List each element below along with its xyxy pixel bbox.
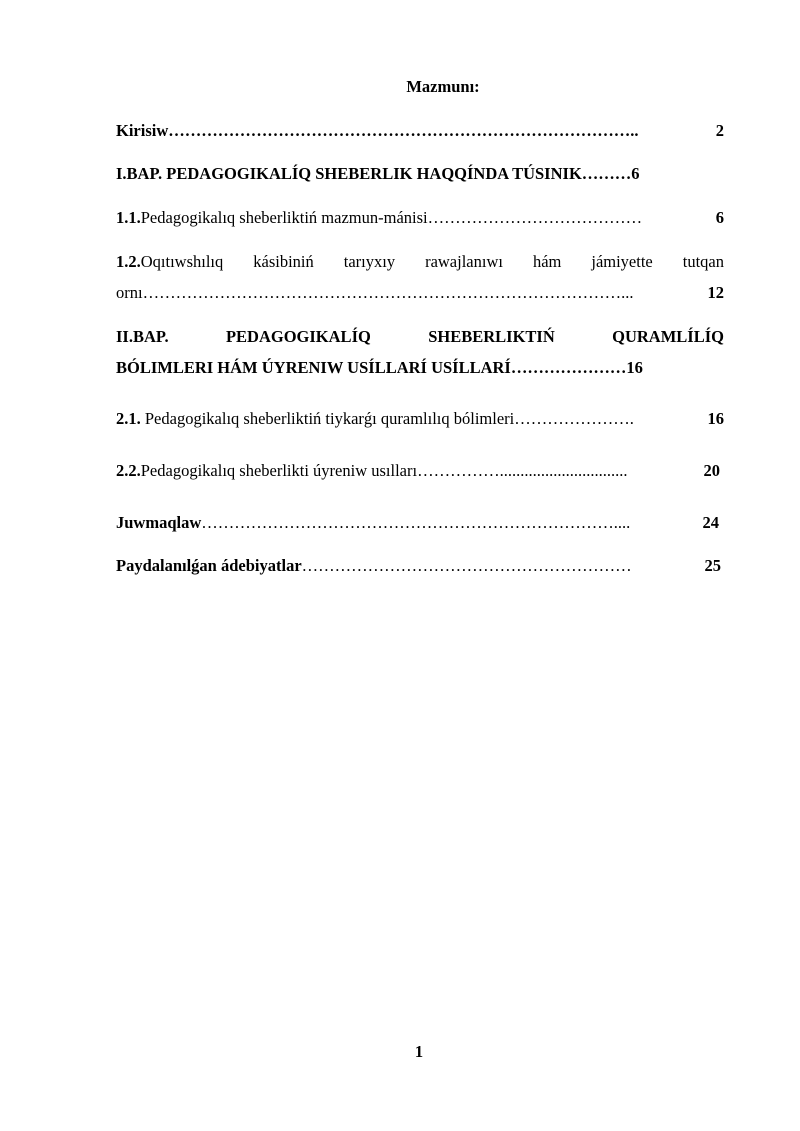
toc-leader-dots: ………………… — [511, 358, 627, 377]
toc-page-number: 16 — [708, 409, 725, 429]
toc-entry-label: Oqıtıwshılıq kásibiniń tarıyxıy rawajlan… — [141, 252, 724, 271]
toc-entry-label: Pedagogikalıq sheberliktiń mazmun-mánisi — [141, 208, 428, 227]
toc-leader-dots: …………………. — [514, 409, 707, 429]
toc-entry-label: II.BAP. PEDAGOGIKALÍQ SHEBERLIKTIŃ QURAM… — [116, 327, 724, 346]
toc-page-number: 16 — [626, 358, 643, 377]
toc-entry-2-2[interactable]: 2.2.Pedagogikalıq sheberlikti úyreniw us… — [116, 461, 720, 481]
toc-entry-number: 2.1. — [116, 409, 141, 428]
toc-entry-label: I.BAP. PEDAGOGIKALÍQ SHEBERLIK HAQQÍNDA … — [116, 164, 582, 183]
toc-entry-label: Paydalanılǵan ádebiyatlar — [116, 556, 302, 576]
toc-leader-dots: ……………............................... — [417, 461, 703, 481]
toc-entry-label: Juwmaqlaw — [116, 513, 201, 533]
toc-entry-number: 1.2. — [116, 252, 141, 271]
toc-entry-chapter-1[interactable]: I.BAP. PEDAGOGIKALÍQ SHEBERLIK HAQQÍNDA … — [116, 164, 714, 184]
toc-page-number: 25 — [705, 556, 722, 576]
toc-page-number: 6 — [716, 208, 724, 228]
toc-entry-1-2-cont[interactable]: ornı ……………………………………………………………………………... 12 — [116, 283, 724, 303]
toc-entry-1-2[interactable]: 1.2.Oqıtıwshılıq kásibiniń tarıyxıy rawa… — [116, 252, 724, 272]
toc-entry-label: Pedagogikalıq sheberliktiń tiykarǵı qura… — [141, 409, 514, 428]
toc-leader-dots: ……… — [582, 164, 632, 183]
page-number: 1 — [0, 1042, 800, 1062]
toc-entry-references[interactable]: Paydalanılǵan ádebiyatlar ……………………………………… — [116, 556, 721, 576]
toc-entry-chapter-2-cont[interactable]: BÓLIMLERI HÁM ÚYRENIW USÍLLARÍ USÍLLARÍ…… — [116, 358, 724, 378]
toc-leader-dots: ………………………………………………………………………….. — [168, 121, 716, 141]
toc-page-number: 6 — [631, 164, 639, 183]
toc-entry-number: 1.1. — [116, 208, 141, 227]
toc-entry-juwmaqlaw[interactable]: Juwmaqlaw ………………………………………………………………….... … — [116, 513, 719, 533]
toc-leader-dots: ……………………………………………………………………………... — [143, 283, 708, 303]
toc-page-number: 2 — [716, 121, 724, 141]
toc-entry-2-1[interactable]: 2.1. Pedagogikalıq sheberliktiń tiykarǵı… — [116, 409, 724, 429]
toc-entry-kirisiw[interactable]: Kirisiw ………………………………………………………………………….. 2 — [116, 121, 724, 141]
toc-entry-1-1[interactable]: 1.1.Pedagogikalıq sheberliktiń mazmun-má… — [116, 208, 724, 228]
toc-leader-dots: ………………………………… — [428, 208, 716, 228]
toc-entry-chapter-2[interactable]: II.BAP. PEDAGOGIKALÍQ SHEBERLIKTIŃ QURAM… — [116, 327, 724, 347]
toc-entry-label-cont: BÓLIMLERI HÁM ÚYRENIW USÍLLARÍ USÍLLARÍ — [116, 358, 511, 377]
toc-entry-label: Kirisiw — [116, 121, 168, 141]
toc-leader-dots: ………………………………………………………………….... — [201, 513, 702, 533]
toc-leader-dots: …………………………………………………… — [302, 556, 705, 576]
toc-page-number: 12 — [708, 283, 725, 303]
toc-entry-label-cont: ornı — [116, 283, 143, 303]
toc-page-number: 20 — [704, 461, 721, 481]
toc-page-number: 24 — [703, 513, 720, 533]
toc-entry-number: 2.2. — [116, 461, 141, 480]
toc-title: Mazmunı: — [0, 77, 800, 97]
toc-entry-label: Pedagogikalıq sheberlikti úyreniw usılla… — [141, 461, 417, 480]
